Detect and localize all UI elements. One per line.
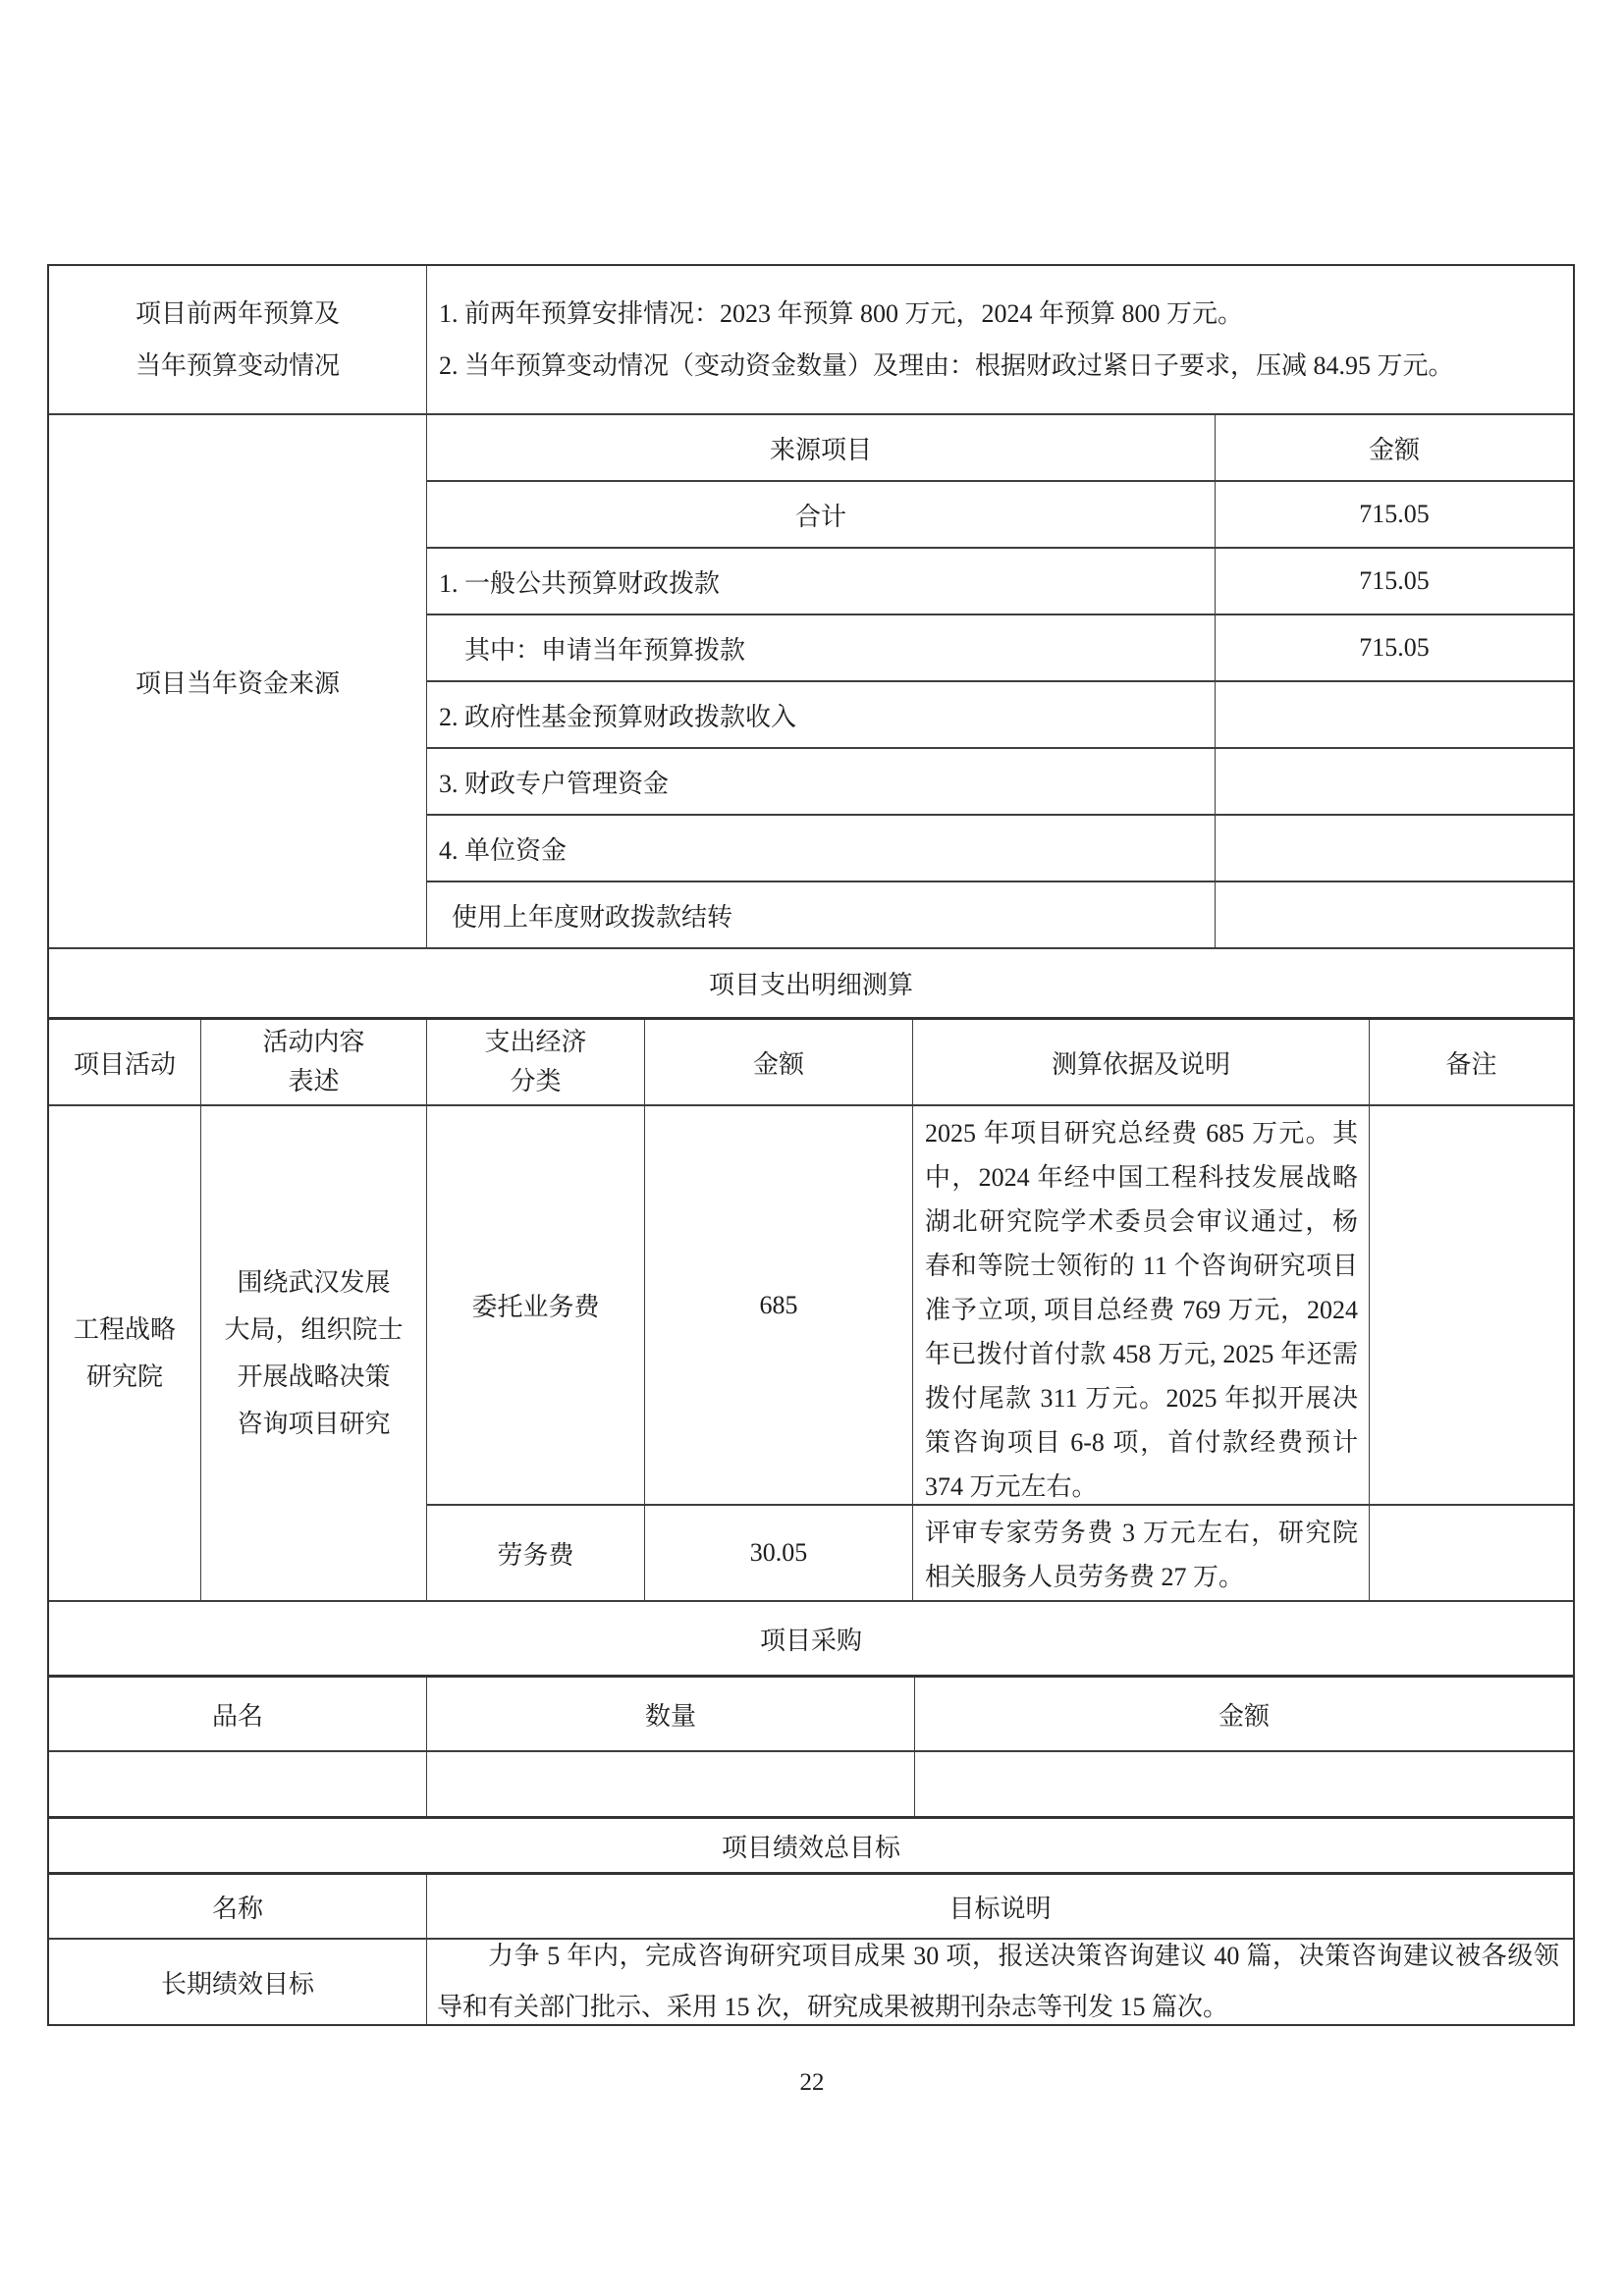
funding-source-label: 其中：申请当年预算拨款 [464, 630, 745, 667]
col-header-activity-label: 项目活动 [74, 1044, 176, 1081]
funding-header-row: 来源项目 金额 [427, 415, 1573, 482]
procurement-title-cell: 项目采购 [49, 1602, 1573, 1678]
activity-content-line: 大局，组织院士 [201, 1307, 426, 1354]
basis-cell: 2025 年项目研究总经费 685 万元。其中，2024 年经中国工程科技发展战… [913, 1106, 1370, 1506]
funding-amount-cell [1216, 682, 1573, 749]
amount-cell: 30.05 [645, 1506, 913, 1602]
expenditure-header-row: 项目活动 活动内容 表述 支出经济 分类 金额 测算依据及说明 备注 [49, 1020, 1573, 1106]
performance-desc-header-label: 目标说明 [948, 1889, 1051, 1925]
budget-change-label-line2: 当年预算变动情况 [49, 340, 426, 392]
procurement-header-item: 品名 [49, 1678, 427, 1752]
performance-title-row: 项目绩效总目标 [49, 1819, 1573, 1875]
col-header-amount: 金额 [645, 1020, 913, 1106]
budget-change-line2: 2. 当年预算变动情况（变动资金数量）及理由：根据财政过紧日子要求，压减 84.… [439, 340, 1565, 392]
funding-row-total: 合计 715.05 [427, 482, 1573, 549]
activity-name-line2: 研究院 [49, 1354, 200, 1401]
procurement-header-amount: 金额 [915, 1678, 1573, 1752]
category-cell: 委托业务费 [427, 1106, 645, 1506]
procurement-header-row: 品名 数量 金额 [49, 1678, 1573, 1752]
expenditure-title-row: 项目支出明细测算 [49, 949, 1573, 1020]
performance-goal-name-cell: 长期绩效目标 [49, 1940, 427, 2024]
col-header-content-line1: 活动内容 [201, 1023, 426, 1062]
funding-section: 项目当年资金来源 来源项目 金额 合计 715.05 [49, 415, 1573, 949]
funding-amount-value: 715.05 [1359, 566, 1430, 596]
procurement-header-quantity: 数量 [427, 1678, 915, 1752]
funding-header-amount: 金额 [1216, 415, 1573, 482]
funding-row-gov-fund: 2. 政府性基金预算财政拨款收入 [427, 682, 1573, 749]
funding-header-amount-label: 金额 [1369, 430, 1420, 466]
performance-goal-desc: 力争 5 年内，完成咨询研究项目成果 30 项，报送决策咨询建议 40 篇，决策… [427, 1940, 1573, 2024]
budget-change-row: 项目前两年预算及 当年预算变动情况 1. 前两年预算安排情况：2023 年预算 … [49, 266, 1573, 415]
activity-name-line1: 工程战略 [49, 1307, 200, 1354]
procurement-title-row: 项目采购 [49, 1602, 1573, 1678]
expenditure-row-labor: 劳务费 30.05 评审专家劳务费 3 万元左右，研究院相关服务人员劳务费 27… [427, 1506, 1573, 1602]
procurement-quantity-cell [427, 1752, 915, 1819]
activity-name: 工程战略 研究院 [49, 1307, 200, 1401]
funding-source-label: 合计 [795, 497, 846, 533]
category-cell: 劳务费 [427, 1506, 645, 1602]
expenditure-body: 工程战略 研究院 围绕武汉发展 大局，组织院士 开展战略决策 咨询项目研究 委托… [49, 1106, 1573, 1602]
activity-name-cell: 工程战略 研究院 [49, 1106, 201, 1602]
performance-title-cell: 项目绩效总目标 [49, 1819, 1573, 1875]
budget-change-label-cell: 项目前两年预算及 当年预算变动情况 [49, 266, 427, 415]
note-cell [1370, 1106, 1573, 1506]
note-cell [1370, 1506, 1573, 1602]
budget-change-label: 项目前两年预算及 当年预算变动情况 [49, 288, 426, 392]
col-header-amount-label: 金额 [753, 1044, 804, 1081]
expenditure-title-cell: 项目支出明细测算 [49, 949, 1573, 1020]
funding-amount-cell [1216, 816, 1573, 882]
expenditure-row-consulting: 委托业务费 685 2025 年项目研究总经费 685 万元。其中，2024 年… [427, 1106, 1573, 1506]
funding-subtable: 来源项目 金额 合计 715.05 1. 一般公共预算财政拨款 [427, 415, 1573, 949]
col-header-category: 支出经济 分类 [427, 1020, 645, 1106]
col-header-basis-label: 测算依据及说明 [1052, 1044, 1230, 1081]
col-header-note-label: 备注 [1445, 1044, 1496, 1081]
category-label: 劳务费 [497, 1535, 573, 1572]
performance-name-header-label: 名称 [212, 1889, 263, 1925]
funding-source-label: 3. 财政专户管理资金 [439, 764, 669, 800]
funding-source-label: 使用上年度财政拨款结转 [452, 897, 732, 934]
funding-source-cell: 3. 财政专户管理资金 [427, 749, 1216, 816]
funding-amount-cell [1216, 749, 1573, 816]
procurement-empty-row [49, 1752, 1573, 1819]
basis-text: 评审专家劳务费 3 万元左右，研究院相关服务人员劳务费 27 万。 [925, 1511, 1358, 1599]
performance-title: 项目绩效总目标 [722, 1828, 900, 1864]
col-header-content-label: 活动内容 表述 [201, 1023, 426, 1101]
funding-amount-cell [1216, 882, 1573, 949]
funding-row-current-year-request: 其中：申请当年预算拨款 715.05 [427, 615, 1573, 682]
expenditure-rows: 委托业务费 685 2025 年项目研究总经费 685 万元。其中，2024 年… [427, 1106, 1573, 1602]
col-header-category-line1: 支出经济 [427, 1023, 644, 1062]
funding-amount-cell: 715.05 [1216, 615, 1573, 682]
funding-row-carryover: 使用上年度财政拨款结转 [427, 882, 1573, 949]
performance-desc-header: 目标说明 [427, 1875, 1573, 1940]
activity-content-cell: 围绕武汉发展 大局，组织院士 开展战略决策 咨询项目研究 [201, 1106, 427, 1602]
procurement-header-item-label: 品名 [212, 1696, 263, 1733]
col-header-content-line2: 表述 [201, 1062, 426, 1101]
document-page: { "page": { "number": "22" }, "colors": … [0, 0, 1624, 2296]
funding-source-cell: 使用上年度财政拨款结转 [427, 882, 1216, 949]
funding-row-general-public: 1. 一般公共预算财政拨款 715.05 [427, 549, 1573, 615]
col-header-category-line2: 分类 [427, 1062, 644, 1101]
funding-source-cell: 合计 [427, 482, 1216, 549]
funding-row-unit-funds: 4. 单位资金 [427, 816, 1573, 882]
activity-content: 围绕武汉发展 大局，组织院士 开展战略决策 咨询项目研究 [201, 1259, 426, 1448]
category-label: 委托业务费 [471, 1287, 599, 1323]
funding-source-cell: 2. 政府性基金预算财政拨款收入 [427, 682, 1216, 749]
amount-value: 685 [760, 1291, 798, 1320]
basis-text: 2025 年项目研究总经费 685 万元。其中，2024 年经中国工程科技发展战… [925, 1111, 1358, 1506]
activity-content-line: 围绕武汉发展 [201, 1259, 426, 1307]
funding-amount-value: 715.05 [1359, 500, 1430, 529]
performance-goal-name: 长期绩效目标 [161, 1964, 314, 2001]
performance-goal-desc-cell: 力争 5 年内，完成咨询研究项目成果 30 项，报送决策咨询建议 40 篇，决策… [427, 1940, 1573, 2024]
activity-content-line: 开展战略决策 [201, 1354, 426, 1401]
procurement-header-quantity-label: 数量 [645, 1696, 696, 1733]
budget-change-detail-cell: 1. 前两年预算安排情况：2023 年预算 800 万元，2024 年预算 80… [427, 266, 1573, 415]
budget-table: 项目前两年预算及 当年预算变动情况 1. 前两年预算安排情况：2023 年预算 … [47, 264, 1575, 2026]
funding-amount-value: 715.05 [1359, 633, 1430, 663]
funding-amount-cell: 715.05 [1216, 549, 1573, 615]
col-header-basis: 测算依据及说明 [913, 1020, 1370, 1106]
budget-change-label-line1: 项目前两年预算及 [49, 288, 426, 340]
funding-source-cell: 其中：申请当年预算拨款 [427, 615, 1216, 682]
funding-header-source: 来源项目 [427, 415, 1216, 482]
amount-cell: 685 [645, 1106, 913, 1506]
funding-source-cell: 1. 一般公共预算财政拨款 [427, 549, 1216, 615]
funding-row-fiscal-account: 3. 财政专户管理资金 [427, 749, 1573, 816]
procurement-item-cell [49, 1752, 427, 1819]
procurement-amount-cell [915, 1752, 1573, 1819]
col-header-category-label: 支出经济 分类 [427, 1023, 644, 1101]
col-header-content: 活动内容 表述 [201, 1020, 427, 1106]
col-header-note: 备注 [1370, 1020, 1573, 1106]
funding-source-label: 2. 政府性基金预算财政拨款收入 [439, 697, 796, 733]
funding-label-cell: 项目当年资金来源 [49, 415, 427, 949]
budget-change-detail: 1. 前两年预算安排情况：2023 年预算 800 万元，2024 年预算 80… [439, 288, 1565, 392]
expenditure-title: 项目支出明细测算 [709, 965, 913, 1001]
funding-source-label: 4. 单位资金 [439, 830, 567, 867]
performance-name-header: 名称 [49, 1875, 427, 1940]
activity-content-line: 咨询项目研究 [201, 1401, 426, 1448]
basis-cell: 评审专家劳务费 3 万元左右，研究院相关服务人员劳务费 27 万。 [913, 1506, 1370, 1602]
funding-source-cell: 4. 单位资金 [427, 816, 1216, 882]
budget-change-line1: 1. 前两年预算安排情况：2023 年预算 800 万元，2024 年预算 80… [439, 288, 1565, 340]
col-header-activity: 项目活动 [49, 1020, 201, 1106]
amount-value: 30.05 [750, 1538, 808, 1568]
page-number: 22 [0, 2069, 1624, 2097]
funding-label: 项目当年资金来源 [135, 664, 340, 700]
performance-header-row: 名称 目标说明 [49, 1875, 1573, 1940]
funding-header-source-label: 来源项目 [770, 430, 872, 466]
funding-amount-cell: 715.05 [1216, 482, 1573, 549]
procurement-title: 项目采购 [760, 1621, 862, 1657]
funding-source-label: 1. 一般公共预算财政拨款 [439, 563, 720, 600]
procurement-header-amount-label: 金额 [1218, 1696, 1270, 1733]
performance-goal-row: 长期绩效目标 力争 5 年内，完成咨询研究项目成果 30 项，报送决策咨询建议 … [49, 1940, 1573, 2024]
